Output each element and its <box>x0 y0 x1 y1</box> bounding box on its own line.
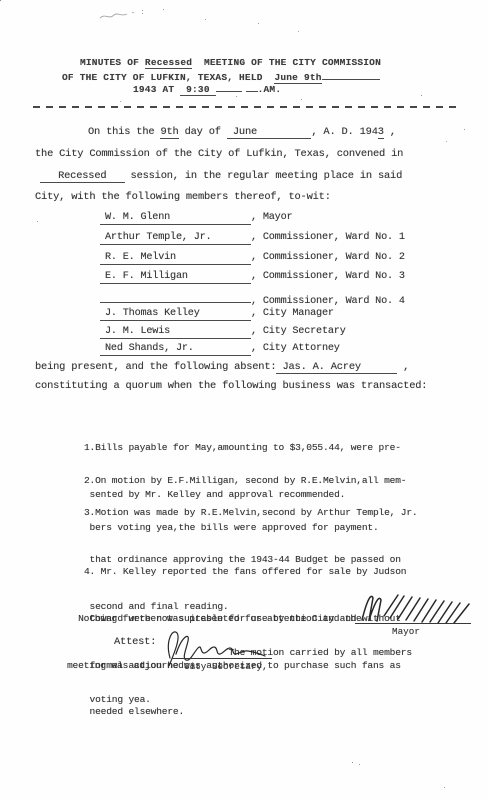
present-text: being present, and the following absent: <box>35 361 276 373</box>
member-role: , Commissioner, Ward No. 4 <box>251 296 405 307</box>
member-name <box>100 290 251 303</box>
present-line: being present, and the following absent:… <box>35 361 409 373</box>
absent-name-blank: Jas. A. Acrey <box>276 361 397 374</box>
member-role: , City Attorney <box>251 343 340 354</box>
header-blank-rule <box>216 81 242 92</box>
quorum-line: constituting a quorum when the following… <box>35 380 427 392</box>
header-text: MINUTES OF <box>80 57 145 68</box>
intro-blank-month: June <box>227 126 312 139</box>
intro-text: , A. D. 194 <box>311 126 377 138</box>
member-name: Arthur Temple, Jr. <box>100 232 251 245</box>
member-role: , City Secretary <box>251 326 346 337</box>
header-line-1: MINUTES OF Recessed MEETING OF THE CITY … <box>80 57 381 68</box>
member-name: Ned Shands, Jr. <box>100 343 251 356</box>
member-row: Ned Shands, Jr., City Attorney <box>100 343 340 356</box>
member-row: J. Thomas Kelley, City Manager <box>100 308 334 321</box>
member-role: , Commissioner, Ward No. 2 <box>251 252 405 263</box>
header-blank-date: June 9th <box>274 72 321 84</box>
pencil-scribble <box>98 8 158 24</box>
member-name: E. F. Milligan <box>100 271 251 284</box>
header-blank-rule <box>246 81 258 92</box>
member-name: W. M. Glenn <box>100 212 251 225</box>
member-role: , Mayor <box>251 212 292 223</box>
attest-label: Attest: <box>114 636 156 648</box>
intro-line-2: the City Commission of the City of Lufki… <box>35 148 403 160</box>
member-role: , Commissioner, Ward No. 1 <box>251 232 405 243</box>
intro-text: day of <box>179 126 227 138</box>
dashed-divider <box>33 106 461 108</box>
member-row: J. M. Lewis, City Secretary <box>100 326 346 339</box>
mayor-signature-line <box>355 623 471 624</box>
member-role: , City Manager <box>251 308 334 319</box>
member-row: W. M. Glenn, Mayor <box>100 212 292 225</box>
intro-text: session, in the regular meeting place in… <box>125 170 403 182</box>
scan-noise-specks <box>0 0 1 1</box>
header-blank-rule <box>322 69 380 80</box>
member-role: , Commissioner, Ward No. 3 <box>251 271 405 282</box>
member-row: Arthur Temple, Jr., Commissioner, Ward N… <box>100 232 405 245</box>
header-blank-recessed: Recessed <box>145 57 192 69</box>
intro-line-3: Recessed session, in the regular meeting… <box>40 170 402 182</box>
member-name: R. E. Melvin <box>100 252 251 265</box>
secretary-signature-line <box>172 658 272 659</box>
intro-blank-session: Recessed <box>40 170 125 183</box>
member-row: R. E. Melvin, Commissioner, Ward No. 2 <box>100 252 405 265</box>
header-text: MEETING OF THE CITY COMMISSION <box>192 57 381 68</box>
mayor-signature: W. M. Glenn (handwritten signature) <box>358 590 474 624</box>
paragraph-line: needed elsewhere. <box>84 707 406 718</box>
mayor-title-label: Mayor <box>392 626 420 637</box>
scanned-minutes-page: MINUTES OF Recessed MEETING OF THE CITY … <box>0 0 488 800</box>
member-name: J. Thomas Kelley <box>100 308 251 321</box>
header-text: 1943 AT <box>133 84 180 95</box>
intro-text: , <box>384 126 396 138</box>
secretary-title-label: City Secretary, <box>184 661 268 672</box>
secretary-signature: J. M. Lewis (handwritten signature) <box>160 626 274 666</box>
present-text: , <box>397 361 409 373</box>
paragraph-line: 3.Motion was made by R.E.Melvin,second b… <box>84 508 417 519</box>
member-row: E. F. Milligan, Commissioner, Ward No. 3 <box>100 271 405 284</box>
intro-text: On this the <box>88 126 160 138</box>
paragraph-line: 4. Mr. Kelley reported the fans offered … <box>84 567 406 578</box>
header-text: .AM. <box>258 84 282 95</box>
member-row: , Commissioner, Ward No. 4 <box>100 290 405 307</box>
closing-line: Nothing further was presented for attent… <box>67 614 362 625</box>
header-line-3: 1943 AT 9:30 .AM. <box>133 81 281 95</box>
member-name: J. M. Lewis <box>100 326 251 339</box>
intro-line-1: On this the 9th day of June , A. D. 1943… <box>88 126 396 138</box>
header-blank-time: 9:30 <box>180 84 215 96</box>
intro-blank-day: 9th <box>160 126 178 139</box>
intro-line-4: City, with the following members thereof… <box>35 191 331 203</box>
